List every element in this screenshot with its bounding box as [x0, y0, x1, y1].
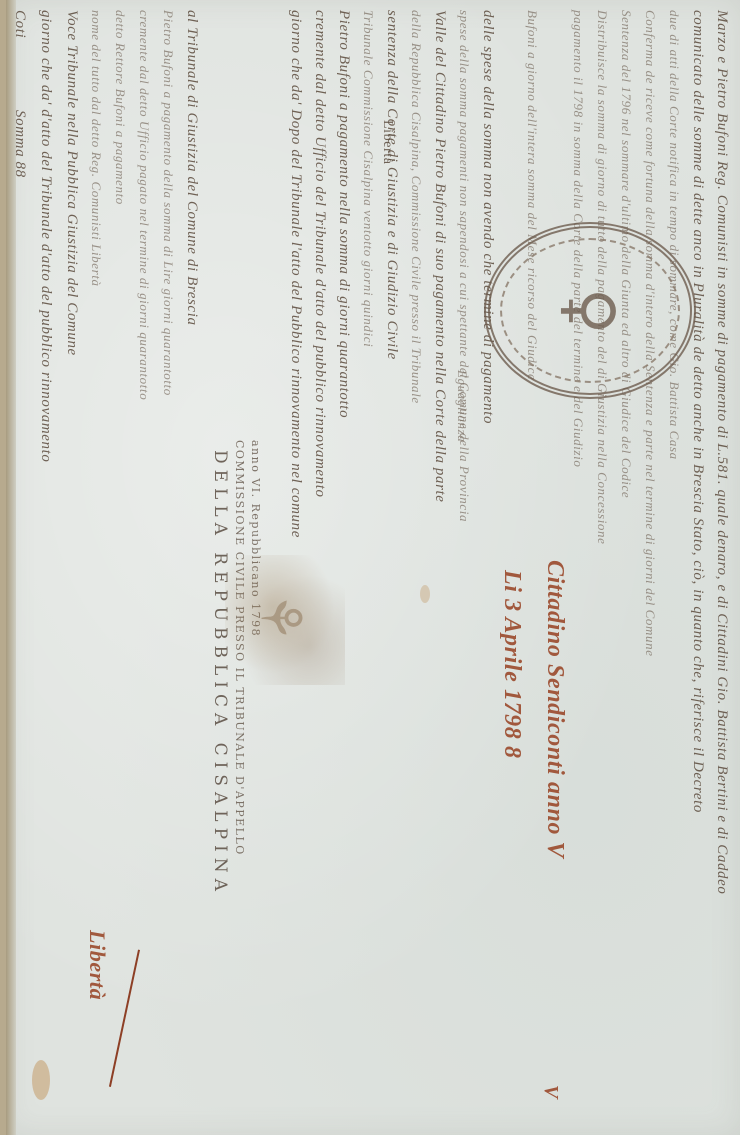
handwritten-line: della Repubblica Cisalpina, Commissione …	[408, 10, 424, 404]
eguaglianza-stamp: Eguaglianza	[454, 370, 470, 442]
handwritten-line: Marzo e Pietro Bufoni Reg. Comunisti in …	[713, 10, 730, 895]
allegorical-figure-icon: ⚘	[248, 592, 313, 642]
red-ink-date: Li 3 Aprile 1798 8	[498, 570, 525, 759]
handwritten-line: Valle del Cittadino Pietro Bufoni di suo…	[431, 10, 448, 503]
handwritten-line: nome del tutto dal detto Reg. Comunisti …	[88, 10, 104, 287]
red-ink-heading: Cittadino Sendiconti anno V	[541, 560, 568, 858]
handwritten-line: cremente dal detto Ufficio del Tribunale…	[311, 10, 328, 498]
paper-stain	[32, 1060, 50, 1100]
liberta-small: Libertà	[379, 120, 395, 165]
handwritten-signature-somma: Somma 88	[11, 110, 28, 178]
handwritten-line: Voce Tribunale nella Pubblica Giustizia …	[63, 10, 80, 356]
liberty-figure-icon: ♀	[553, 287, 627, 334]
handwritten-line: delle spese della somma non avendo che t…	[479, 10, 496, 424]
handwritten-line: comunicato delle somme di dette anco in …	[689, 10, 706, 813]
liberty-seal: ♀	[484, 222, 696, 399]
printed-vignette: ⚘	[225, 555, 345, 685]
strike-through-mark	[109, 950, 140, 1087]
liberta-stamp: Libertà	[84, 930, 110, 1000]
handwritten-line: sentenza della Corte di Giustizia e di G…	[383, 10, 400, 360]
handwritten-line: cremente dal detto Ufficio pagato nel te…	[136, 10, 152, 400]
handwritten-signature-coti: Coti	[11, 10, 28, 38]
handwritten-line: Tribunale Commissione Cisalpina ventotto…	[360, 10, 376, 347]
paper-stain	[420, 585, 430, 603]
handwritten-line: giorno che da' d'atto del Tribunale d'at…	[37, 10, 54, 462]
handwritten-line: giorno che da' Dopo del Tribunale l'atto…	[287, 10, 304, 538]
handwritten-line: due di atti della Corte notifica in temp…	[666, 10, 682, 460]
handwritten-line: al Tribunale di Giustizia del Comune di …	[183, 10, 200, 326]
handwritten-line: detto Rettore Bufoni a pagamento	[112, 10, 128, 205]
corner-mark: V	[539, 1085, 562, 1099]
handwritten-line: Pietro Bufoni a pagamento della somma di…	[160, 10, 176, 396]
handwritten-line: Pietro Bufoni a pagamento nella somma di…	[335, 10, 352, 418]
rotated-writing-area: Marzo e Pietro Bufoni Reg. Comunisti in …	[0, 0, 740, 1135]
handwritten-line: spese della somma pagamenti non sapendos…	[456, 10, 472, 522]
